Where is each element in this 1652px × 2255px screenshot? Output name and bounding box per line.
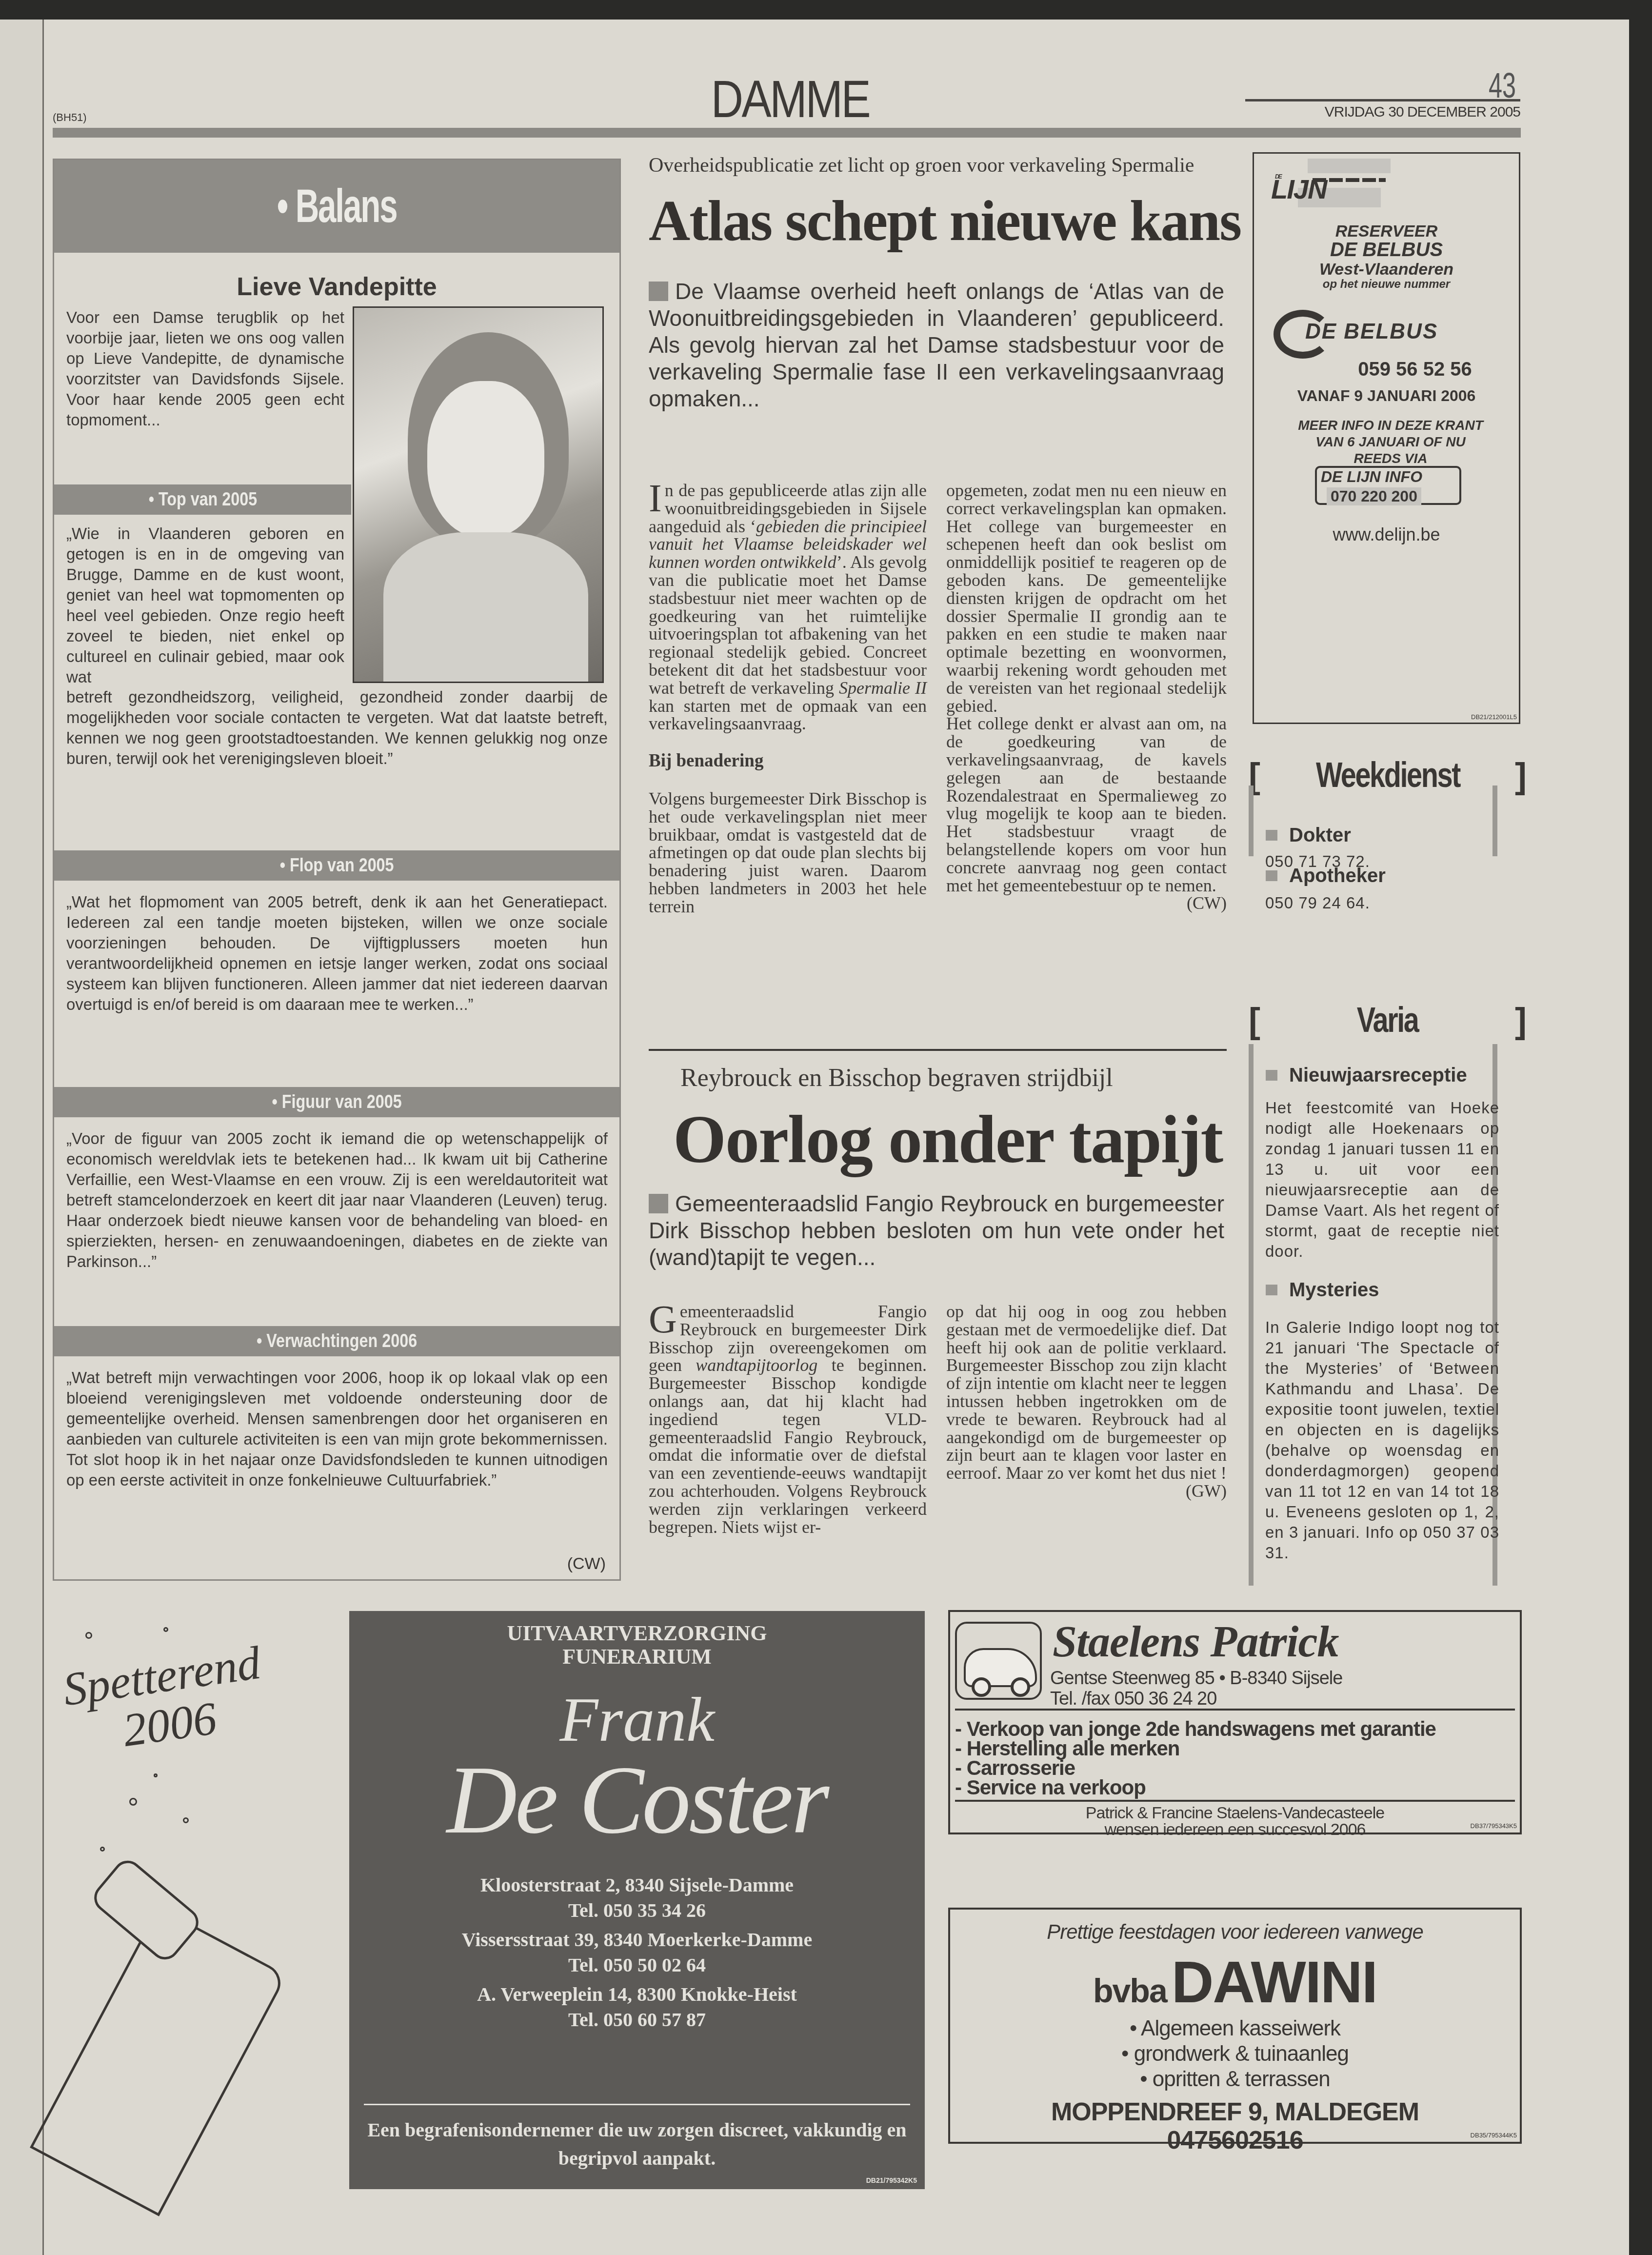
section-header-top: • Top van 2005 (54, 484, 351, 515)
varia-item-title: Mysteries (1266, 1279, 1379, 1301)
section-text-top-wide: betreft gezondheidszorg, veiligheid, gez… (66, 687, 608, 769)
dawini-advertisement: Prettige feestdagen voor iedereen vanweg… (948, 1908, 1522, 2144)
side-bar (1249, 1044, 1254, 1586)
de-lijn-advertisement: DELIJN RESERVEER DE BELBUS West-Vlaander… (1253, 152, 1520, 724)
edition-code: (BH51) (53, 111, 87, 124)
section-text-top-narrow: „Wie in Vlaanderen geboren en getogen is… (66, 523, 344, 687)
article-divider (649, 1049, 1227, 1051)
dawini-name: bvbaDAWINI (950, 1949, 1520, 2016)
staelens-advertisement: Staelens Patrick Gentse Steenweg 85 • B-… (948, 1610, 1522, 1834)
varia-header: [Varia] (1249, 1001, 1527, 1040)
car-icon (955, 1622, 1042, 1700)
lead-square-icon (649, 282, 668, 301)
article2-headline: Oorlog onder tapijt (673, 1100, 1222, 1179)
article1-column-2: opgemeten, zodat men nu een nieuw en cor… (946, 482, 1227, 912)
de-coster-name-script: Frank (349, 1688, 925, 1752)
weekdienst-apotheker-label: Apotheker (1266, 865, 1386, 887)
side-bar (1249, 785, 1254, 856)
weekdienst-dokter-label: Dokter (1266, 825, 1351, 846)
balans-box: • Balans Lieve Vandepitte Voor een Damse… (53, 159, 621, 1581)
article2-column-2: op dat hij oog in oog zou hebben gestaan… (946, 1303, 1227, 1500)
section-text-flop: „Wat het flopmoment van 2005 betreft, de… (66, 892, 608, 1015)
belbus-phone: 059 56 52 56 (1313, 359, 1517, 381)
belbus-phone-icon: DE BELBUS (1274, 310, 1503, 363)
section-title: DAMME (687, 68, 894, 129)
article1-column-1: In de pas gepubliceerde atlas zijn alle … (649, 482, 927, 916)
byline: (CW) (567, 1554, 606, 1573)
varia-item-title: Nieuwjaarsreceptie (1266, 1065, 1467, 1087)
dropcap: I (649, 483, 662, 515)
article1-kicker: Overheidspublicatie zet licht op groen v… (649, 154, 1194, 177)
spetterend-2006-advertisement: Spetterend2006 (56, 1612, 349, 2205)
section-text-verwachtingen: „Wat betreft mijn verwachtingen voor 200… (66, 1368, 608, 1490)
article1-subhead: Bij benadering (649, 752, 927, 770)
balans-header: • Balans (54, 160, 619, 253)
de-lijn-info-logo: DE LIJN INFO 070 220 200 (1315, 466, 1461, 505)
staelens-name: Staelens Patrick (1053, 1617, 1339, 1667)
previous-page-edge (0, 20, 44, 2255)
section-header-verwachtingen: • Verwachtingen 2006 (54, 1326, 619, 1356)
article1-byline: (CW) (946, 894, 1227, 912)
article2-column-1: Gemeenteraadslid Fangio Reybrouck en bur… (649, 1303, 927, 1536)
staelens-services: - Verkoop van jonge 2de handswagens met … (955, 1719, 1436, 1797)
varia-item-text: Het feestcomité van Hoeke nodigt alle Ho… (1265, 1098, 1499, 1262)
publication-date: VRIJDAG 30 DECEMBER 2005 (1246, 104, 1520, 121)
article2-kicker: Reybrouck en Bisschop begraven strijdbij… (680, 1064, 1113, 1092)
portrait-photo (353, 306, 604, 683)
weekdienst-header: [Weekdienst] (1249, 756, 1527, 795)
weekdienst-apotheker-phone: 050 79 24 64. (1265, 893, 1499, 913)
balans-person-name: Lieve Vandepitte (54, 272, 619, 302)
spetterend-title: Spetterend2006 (60, 1638, 270, 1763)
side-bar (1493, 785, 1497, 856)
website-link[interactable]: www.delijn.be (1254, 524, 1519, 545)
masthead-rule (1245, 99, 1520, 101)
lead-square-icon (649, 1194, 668, 1213)
balans-intro: Voor een Damse terugblik op het voorbije… (66, 307, 344, 430)
section-header-flop: • Flop van 2005 (54, 850, 619, 881)
article1-lead: De Vlaamse overheid heeft onlangs de ‘At… (649, 278, 1224, 412)
dropcap: G (649, 1304, 677, 1336)
article2-byline: (GW) (946, 1482, 1227, 1500)
varia-item-text: In Galerie Indigo loopt nog tot 21 janua… (1265, 1317, 1499, 1563)
article1-headline: Atlas schept nieuwe kans (649, 188, 1241, 254)
de-coster-advertisement: UITVAARTVERZORGING FUNERARIUM Frank De C… (349, 1611, 925, 2189)
section-text-figuur: „Voor de figuur van 2005 zocht ik iemand… (66, 1128, 608, 1272)
article2-lead: Gemeenteraadslid Fangio Reybrouck en bur… (649, 1190, 1224, 1271)
masthead-band (53, 128, 1521, 138)
section-header-figuur: • Figuur van 2005 (54, 1087, 619, 1117)
